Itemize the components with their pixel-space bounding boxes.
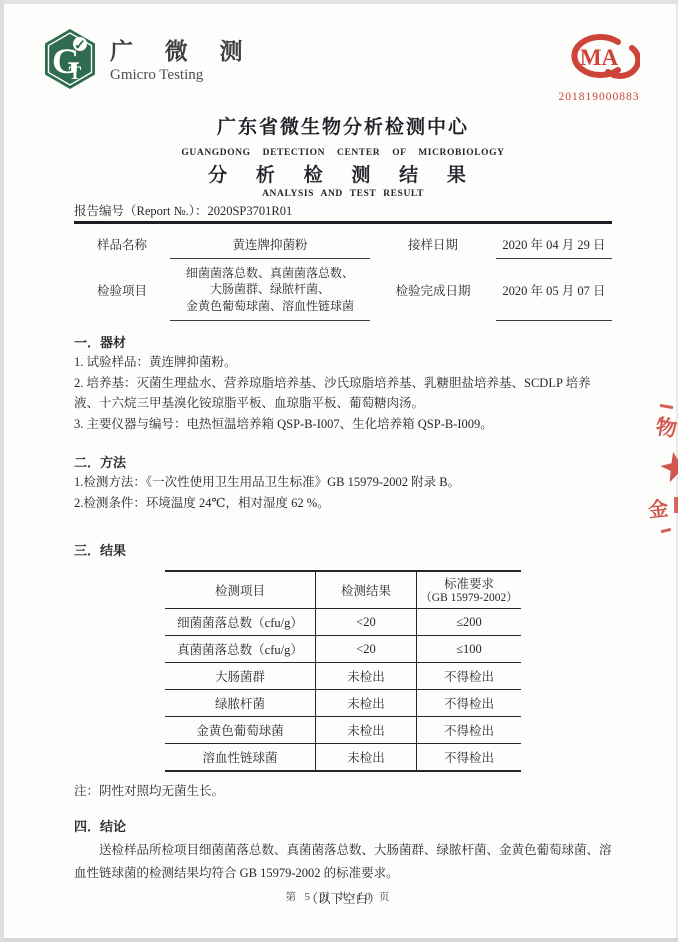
result-row: 金黄色葡萄球菌 未检出 不得检出 [165,717,521,744]
result-item-cell: 绿脓杆菌 [165,690,316,717]
result-item-cell: 细菌菌落总数（cfu/g） [165,609,316,636]
header-rule [74,221,612,224]
org-title-cn: 广东省微生物分析检测中心 [74,112,612,139]
result-row: 溶血性链球菌 未检出 不得检出 [165,744,521,772]
column-header-item: 检测项目 [165,571,316,609]
result-value-cell: <20 [316,609,417,636]
result-value-cell: <20 [316,636,417,663]
gmicro-logo-icon: G T ✓ [42,28,98,95]
result-value-cell: 未检出 [316,690,417,717]
result-item-cell: 大肠菌群 [165,663,316,690]
result-row: 细菌菌落总数（cfu/g） <20 ≤200 [165,609,521,636]
complete-date-label: 检验完成日期 [370,259,496,321]
seal-character-bottom: 金 [647,492,670,523]
section-result-heading: 三．结果 [74,540,612,559]
result-row: 绿脓杆菌 未检出 不得检出 [165,690,521,717]
sample-name-value: 黄连牌抑菌粉 [170,229,370,259]
org-title-en: GUANGDONG DETECTION CENTER OF MICROBIOLO… [74,148,612,158]
doc-title-en: ANALYSIS AND TEST RESULT [74,189,612,199]
page-number: 第 5 页 共 10 页 [0,889,678,904]
result-value-cell: 未检出 [316,717,417,744]
sample-name-label: 样品名称 [74,229,170,259]
seal-star-icon [655,447,678,495]
results-header-row: 检测项目 检测结果 标准要求 （GB 15979-2002） [165,571,521,609]
seal-arc-fragment [661,528,671,533]
result-standard-cell: ≤200 [417,609,522,636]
result-standard-cell: 不得检出 [417,690,522,717]
conclusion-text: 送检样品所检项目细菌菌落总数、真菌菌落总数、大肠菌群、绿脓杆菌、金黄色葡萄球菌、… [74,839,612,884]
negative-control-note: 注：阴性对照均无菌生长。 [74,781,612,799]
svg-text:T: T [69,63,82,84]
sample-info-grid: 样品名称 黄连牌抑菌粉 接样日期 2020 年 04 月 29 日 检验项目 细… [74,229,612,321]
result-item-cell: 金黄色葡萄球菌 [165,717,316,744]
section-conclusion-heading: 四．结论 [74,816,612,835]
svg-text:MA: MA [580,45,619,70]
result-value-cell: 未检出 [316,744,417,772]
brand-text: 广 微 测 Gmicro Testing [110,39,256,83]
doc-title-cn: 分 析 检 测 结 果 [74,160,612,187]
report-page: G T ✓ 广 微 测 Gmicro Testing MA 2018190008… [0,0,678,942]
column-header-result: 检测结果 [316,571,417,609]
equipment-item: 3. 主要仪器与编号：电热恒温培养箱 QSP-B-I007、生化培养箱 QSP-… [74,415,612,434]
seal-clipped-glyph-fragment [674,497,678,513]
report-number-label: 报告编号（Report №.）： [74,204,207,218]
result-value-cell: 未检出 [316,663,417,690]
svg-text:✓: ✓ [74,39,86,54]
result-item-cell: 真菌菌落总数（cfu/g） [165,636,316,663]
report-number-line: 报告编号（Report №.）：2020SP3701R01 [74,201,612,219]
brand-header: G T ✓ 广 微 测 Gmicro Testing [42,28,256,95]
equipment-item: 1. 试验样品：黄连牌抑菌粉。 [74,353,612,372]
result-item-cell: 溶血性链球菌 [165,744,316,772]
results-table: 检测项目 检测结果 标准要求 （GB 15979-2002） 细菌菌落总数（cf… [165,570,521,772]
seal-character-top: 物 [654,411,678,444]
receive-date-label: 接样日期 [370,229,496,259]
brand-name-cn: 广 微 测 [110,39,256,64]
cma-certificate-number: 201819000883 [558,91,640,103]
result-row: 大肠菌群 未检出 不得检出 [165,663,521,690]
brand-name-en: Gmicro Testing [110,67,256,84]
test-items-label: 检验项目 [74,259,170,321]
official-seal-fragment: 物 金 [632,398,678,543]
test-items-value: 细菌菌落总数、真菌菌落总数、 大肠菌群、绿脓杆菌、 金黄色葡萄球菌、溶血性链球菌 [170,259,370,321]
result-standard-cell: 不得检出 [417,663,522,690]
column-header-standard: 标准要求 （GB 15979-2002） [417,571,522,609]
report-number-value: 2020SP3701R01 [207,204,292,218]
equipment-item: 2. 培养基：灭菌生理盐水、营养琼脂培养基、沙氏琼脂培养基、乳糖胆盐培养基、SC… [74,374,612,413]
receive-date-value: 2020 年 04 月 29 日 [496,229,612,259]
standard-header-line2: （GB 15979-2002） [417,592,521,605]
result-standard-cell: 不得检出 [417,717,522,744]
cma-accreditation: MA 201819000883 [558,34,640,103]
method-item: 2.检测条件：环境温度 24℃，相对湿度 62 %。 [74,494,612,513]
result-standard-cell: 不得检出 [417,744,522,772]
seal-arc-fragment [660,404,673,409]
cma-mark-icon: MA [558,71,640,88]
section-equipment-heading: 一．器材 [74,332,612,351]
result-standard-cell: ≤100 [417,636,522,663]
method-item: 1.检测方法：《一次性使用卫生用品卫生标准》GB 15979-2002 附录 B… [74,473,612,492]
result-row: 真菌菌落总数（cfu/g） <20 ≤100 [165,636,521,663]
complete-date-value: 2020 年 05 月 07 日 [496,259,612,321]
standard-header-line1: 标准要求 [417,576,521,592]
section-method-heading: 二．方法 [74,452,612,471]
